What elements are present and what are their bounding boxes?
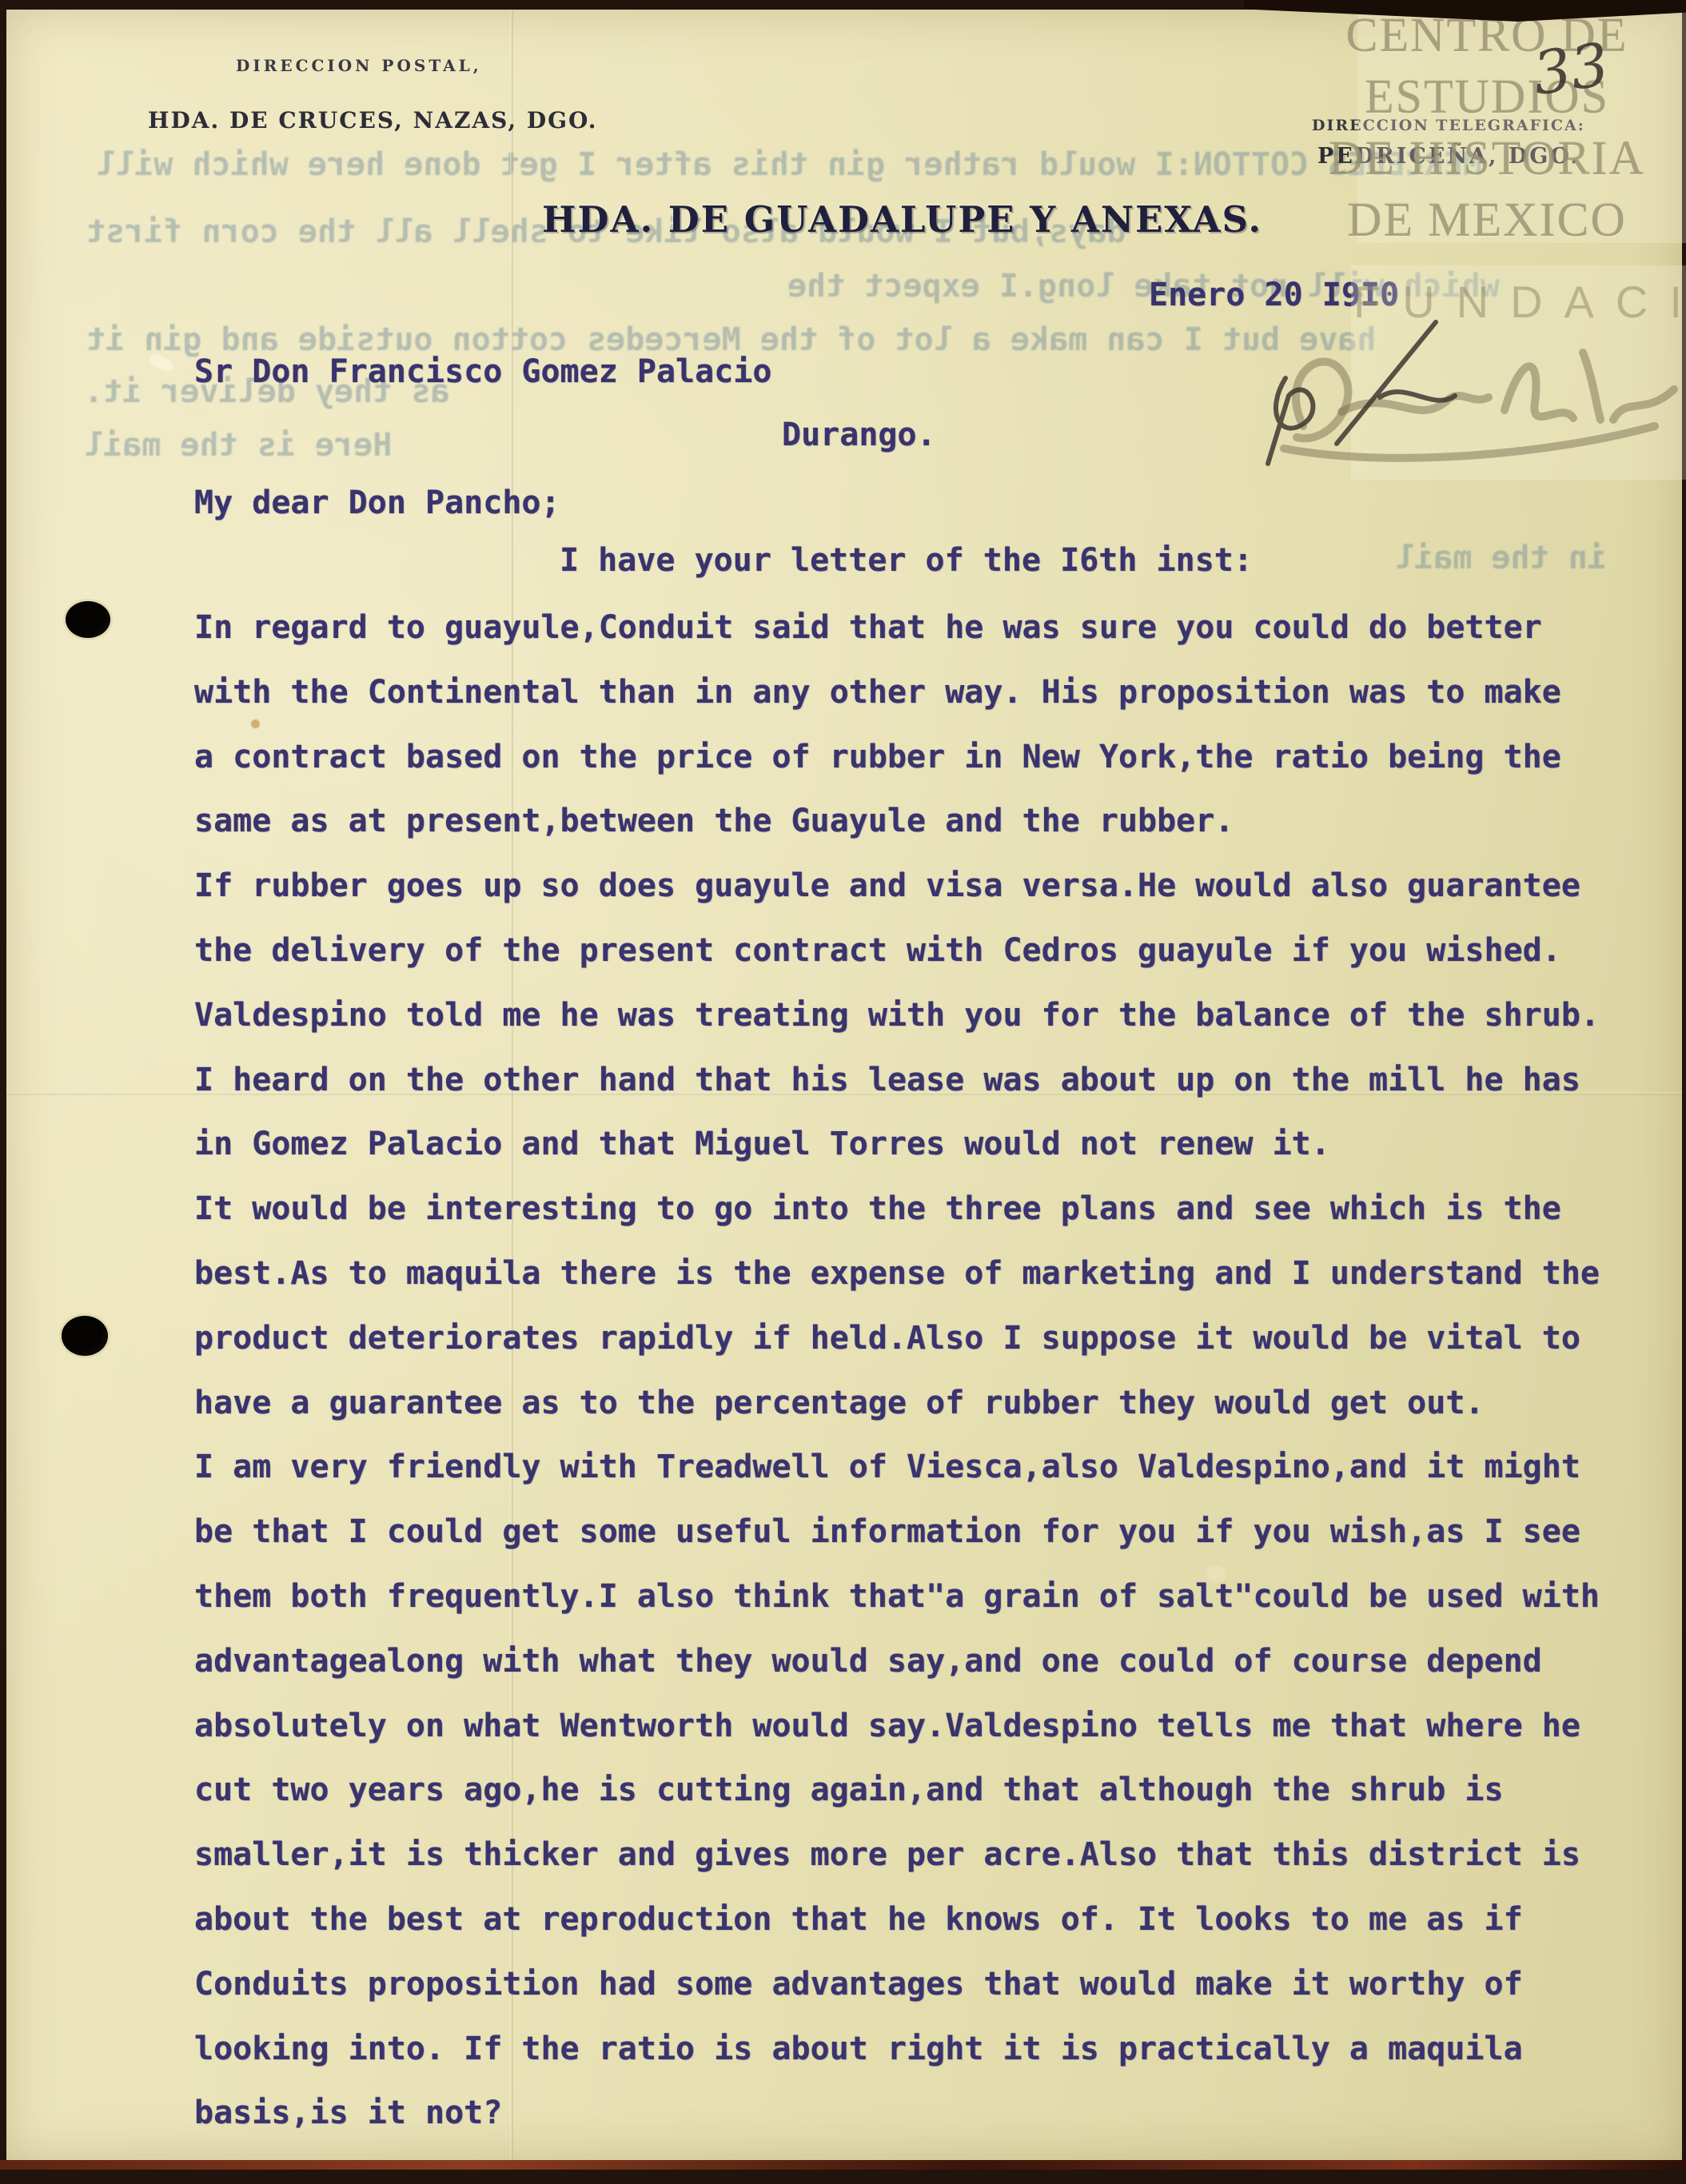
handwritten-page-number: 33 — [1529, 30, 1612, 109]
pencil-scribble — [1268, 322, 1455, 464]
body-line: same as at present,between the Guayule a… — [194, 789, 1600, 854]
scanned-letter-page: MERCEDES COTTON:I would rather gin this … — [0, 0, 1686, 2184]
letter-opening-line: I have your letter of the I6th inst: — [560, 544, 1253, 576]
body-line: absolutely on what Wentworth would say.V… — [194, 1694, 1600, 1759]
body-line: advantagealong with what they would say,… — [194, 1629, 1600, 1694]
body-line: In regard to guayule,Conduit said that h… — [194, 596, 1600, 660]
bleed-through-line: Here is the mail — [84, 429, 392, 461]
punch-hole — [62, 1316, 108, 1356]
letter-city: Durango. — [782, 419, 936, 451]
body-line: It would be interesting to go into the t… — [194, 1177, 1600, 1241]
body-line: product deteriorates rapidly if held.Als… — [194, 1306, 1600, 1371]
body-line: I heard on the other hand that his lease… — [194, 1048, 1600, 1113]
body-line: Conduits proposition had some advantages… — [194, 1952, 1600, 2017]
punch-hole — [66, 601, 110, 638]
bleed-through-line: MERCEDES COTTON:I would rather gin this … — [96, 149, 1482, 181]
body-line: best.As to maquila there is the expense … — [194, 1241, 1600, 1306]
letter-salutation: My dear Don Pancho; — [194, 487, 560, 519]
body-line: smaller,it is thicker and gives more per… — [194, 1823, 1600, 1887]
body-line: have a guarantee as to the percentage of… — [194, 1371, 1600, 1436]
body-line: cut two years ago,he is cutting again,an… — [194, 1758, 1600, 1823]
letter-recipient: Sr Don Francisco Gomez Palacio — [194, 356, 771, 388]
body-line: basis,is it not? — [194, 2081, 1600, 2146]
letterhead-postal-address: HDA. DE CRUCES, NAZAS, DGO. — [148, 107, 598, 134]
photo-bottom-edge — [0, 2160, 1686, 2170]
body-line: Valdespino told me he was treating with … — [194, 983, 1600, 1048]
archive-watermark: CENTRO DE ESTUDIOS DE HISTORIA DE MEXICO — [1311, 5, 1663, 251]
bleed-through-line: have but I can make a lot of the Mercede… — [86, 324, 1377, 356]
body-line: If rubber goes up so does guayule and vi… — [194, 854, 1600, 919]
body-line: about the best at reproduction that he k… — [194, 1887, 1600, 1952]
archive-watermark-line: DE MEXICO — [1311, 189, 1663, 251]
letterhead-title: HDA. DE GUADALUPE Y ANEXAS. — [542, 198, 1262, 241]
body-line: in Gomez Palacio and that Miguel Torres … — [194, 1112, 1600, 1177]
body-line: be that I could get some useful informat… — [194, 1500, 1600, 1564]
archive-watermark-line: DE HISTORIA — [1311, 128, 1663, 189]
letter-body: In regard to guayule,Conduit said that h… — [194, 596, 1600, 2146]
bleed-through-line: in the mail — [1395, 542, 1607, 574]
signature-watermark — [1207, 300, 1686, 500]
body-line: with the Continental than in any other w… — [194, 660, 1600, 725]
body-line: I am very friendly with Treadwell of Vie… — [194, 1435, 1600, 1500]
body-line: looking into. If the ratio is about righ… — [194, 2017, 1600, 2082]
body-line: a contract based on the price of rubber … — [194, 725, 1600, 790]
body-line: the delivery of the present contract wit… — [194, 919, 1600, 983]
letterhead-postal-label: DIRECCION POSTAL, — [236, 56, 482, 75]
body-line: them both frequently.I also think that"a… — [194, 1564, 1600, 1629]
